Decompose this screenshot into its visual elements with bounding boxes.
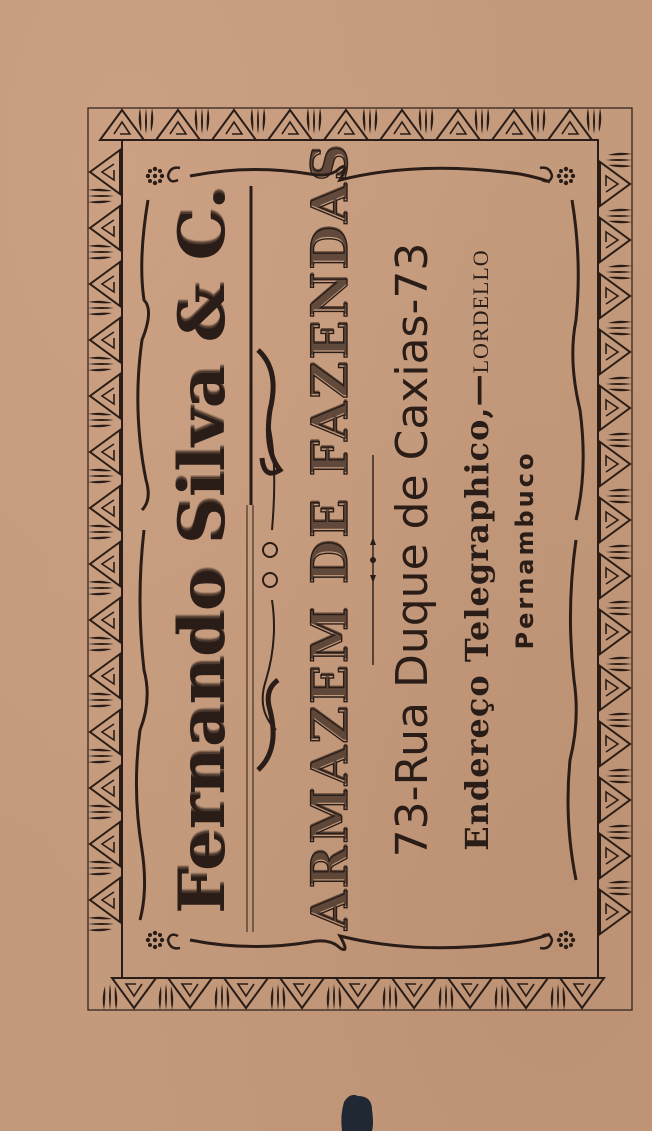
street-address: 73-Rua Duque de Caxias-73 [385, 170, 441, 930]
telegraph-separator: — [458, 373, 496, 406]
city: Pernambuco [505, 170, 545, 930]
business-type: ARMAZEM DE FAZENDAS [300, 170, 360, 930]
telegraph-address: Endereço Telegraphico,—LORDELLO [452, 170, 506, 930]
firm-name: Fernando Silva & C. [170, 170, 236, 930]
telegraph-label: Endereço Telegraphico, [458, 406, 496, 850]
double-rule [247, 186, 253, 932]
telegraph-code: LORDELLO [468, 249, 493, 373]
dot-dash-divider-icon [370, 455, 376, 665]
central-flourish-icon [258, 350, 280, 770]
ink-stain [341, 1095, 373, 1131]
